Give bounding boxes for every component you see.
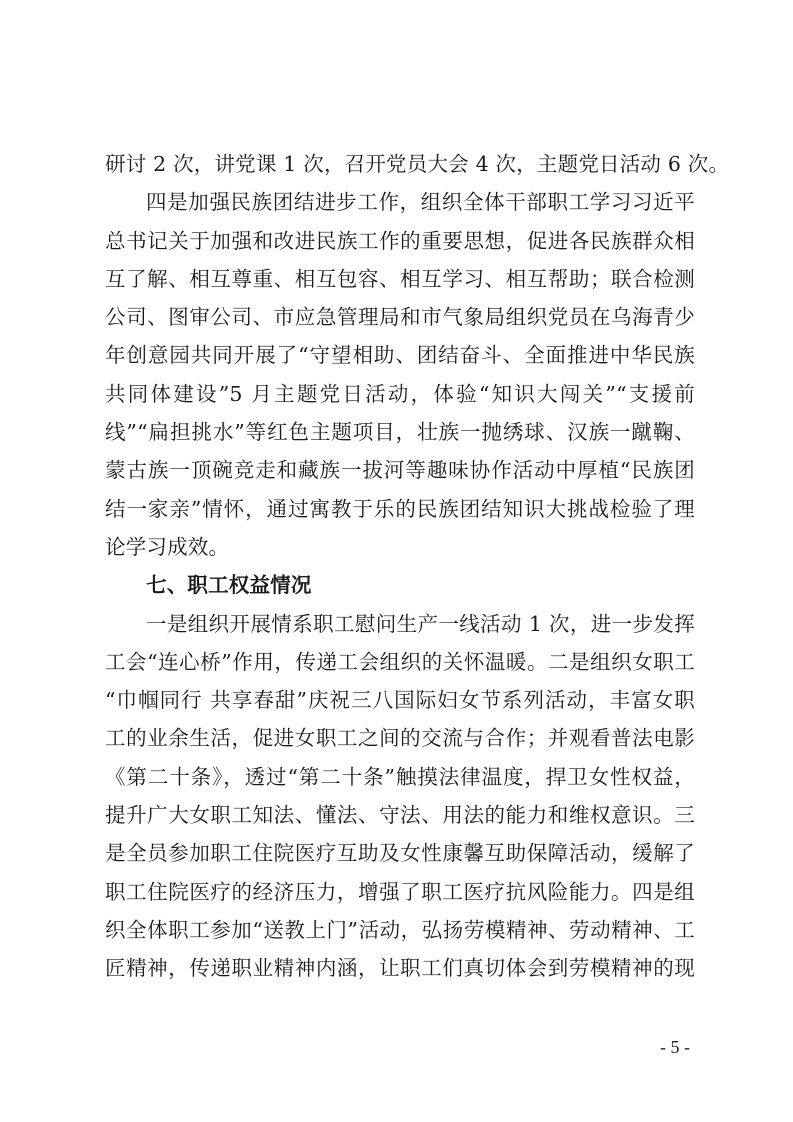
page-number: - 5 - [660, 1037, 690, 1058]
text-line: 线”“扁担挑水”等红色主题项目，壮族一抛绣球、汉族一蹴鞠、 [105, 413, 695, 451]
text-line-paragraph-end: 论学习成效。 [105, 528, 695, 566]
text-line: 提升广大女职工知法、懂法、守法、用法的能力和维权意识。三 [105, 796, 695, 834]
text-line: “巾帼同行 共享春甜”庆祝三八国际妇女节系列活动，丰富女职 [105, 681, 695, 719]
text-line: 《第二十条》，透过“第二十条”触摸法律温度，捍卫女性权益， [105, 758, 695, 796]
text-line: 蒙古族一顶碗竞走和藏族一拔河等趣味协作活动中厚植“民族团 [105, 451, 695, 489]
text-line: 职工住院医疗的经济压力，增强了职工医疗抗风险能力。四是组 [105, 873, 695, 911]
text-line-paragraph-start: 一是组织开展情系职工慰问生产一线活动 1 次，进一步发挥 [105, 605, 695, 643]
text-line: 总书记关于加强和改进民族工作的重要思想，促进各民族群众相 [105, 222, 695, 260]
text-line: 共同体建设”5 月主题党日活动，体验“知识大闯关”“支援前 [105, 375, 695, 413]
text-line: 互了解、相互尊重、相互包容、相互学习、相互帮助；联合检测 [105, 260, 695, 298]
text-line: 结一家亲”情怀，通过寓教于乐的民族团结知识大挑战检验了理 [105, 490, 695, 528]
text-line: 织全体职工参加“送教上门”活动，弘扬劳模精神、劳动精神、工 [105, 911, 695, 949]
document-page: 研讨 2 次，讲党课 1 次，召开党员大会 4 次，主题党日活动 6 次。 四是… [0, 0, 793, 1122]
text-line: 是全员参加职工住院医疗互助及女性康馨互助保障活动，缓解了 [105, 834, 695, 872]
text-line-paragraph-end: 研讨 2 次，讲党课 1 次，召开党员大会 4 次，主题党日活动 6 次。 [105, 145, 695, 183]
text-line-paragraph-start: 四是加强民族团结进步工作，组织全体干部职工学习习近平 [105, 183, 695, 221]
text-line: 公司、图审公司、市应急管理局和市气象局组织党员在乌海青少 [105, 298, 695, 336]
section-heading: 七、职工权益情况 [105, 566, 695, 604]
text-line: 匠精神，传递职业精神内涵，让职工们真切体会到劳模精神的现 [105, 949, 695, 987]
document-body: 研讨 2 次，讲党课 1 次，召开党员大会 4 次，主题党日活动 6 次。 四是… [105, 145, 695, 988]
text-line: 工的业余生活，促进女职工之间的交流与合作；并观看普法电影 [105, 719, 695, 757]
text-line: 工会“连心桥”作用，传递工会组织的关怀温暖。二是组织女职工 [105, 643, 695, 681]
text-line: 年创意园共同开展了“守望相助、团结奋斗、全面推进中华民族 [105, 336, 695, 374]
